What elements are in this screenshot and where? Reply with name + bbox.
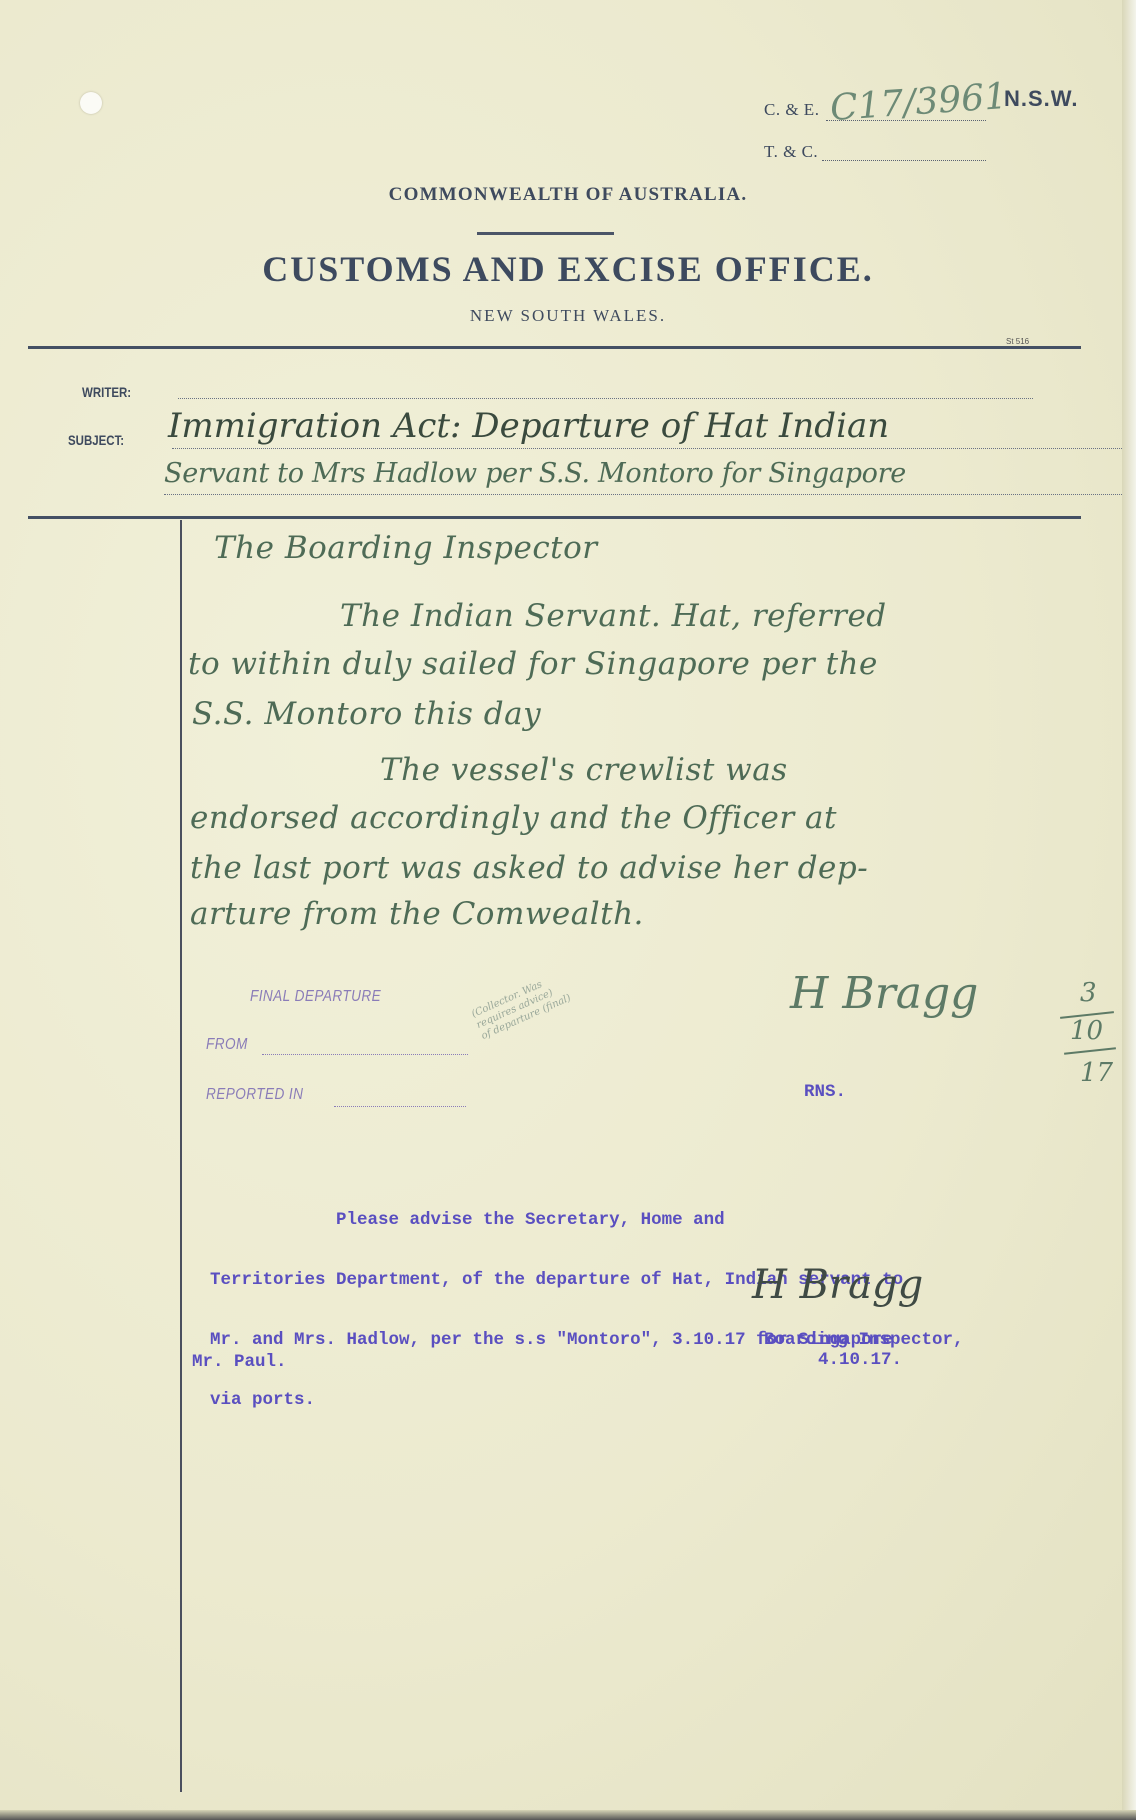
sign-title: Boarding Inspector, bbox=[764, 1330, 964, 1350]
minute-line: the last port was asked to advise her de… bbox=[190, 850, 868, 886]
stamp-from-line bbox=[262, 1054, 468, 1055]
stamp-reported-in-label: REPORTED IN bbox=[206, 1086, 303, 1104]
stamp-from-label: FROM bbox=[206, 1036, 248, 1054]
subject-text-line-2: Servant to Mrs Hadlow per S.S. Montoro f… bbox=[164, 458, 906, 489]
ce-label: C. & E. bbox=[764, 100, 819, 120]
writer-label: WRITER: bbox=[82, 384, 131, 400]
tc-label: T. & C. bbox=[764, 142, 818, 162]
stamp-final-departure: FINAL DEPARTURE bbox=[250, 988, 381, 1006]
date-fraction-bar bbox=[1064, 1047, 1116, 1054]
state-label: N.S.W. bbox=[1004, 86, 1078, 112]
document-page: C. & E. C17/3961 T. & C. N.S.W. COMMONWE… bbox=[0, 0, 1136, 1820]
letterhead-commonwealth: COMMONWEALTH OF AUSTRALIA. bbox=[0, 184, 1136, 206]
typed-line: Please advise the Secretary, Home and bbox=[210, 1210, 903, 1230]
typed-line: via ports. bbox=[210, 1390, 903, 1410]
minute-line: S.S. Montoro this day bbox=[192, 696, 541, 732]
sign-date: 4.10.17. bbox=[818, 1350, 902, 1370]
ce-reference-number: C17/3961 bbox=[829, 76, 1009, 129]
date-year: 17 bbox=[1080, 1058, 1113, 1088]
minute-signature: H Bragg bbox=[790, 968, 978, 1019]
writer-line bbox=[178, 398, 1033, 399]
subject-text-line-1: Immigration Act: Departure of Hat Indian bbox=[168, 406, 889, 446]
typed-initials: RNS. bbox=[804, 1082, 846, 1102]
minute-line: The vessel's crewlist was bbox=[380, 752, 788, 788]
stamp-reported-line bbox=[334, 1106, 466, 1107]
minute-line: endorsed accordingly and the Officer at bbox=[190, 800, 837, 836]
typed-addressee: Mr. Paul. bbox=[192, 1352, 287, 1372]
letterhead-state: NEW SOUTH WALES. bbox=[0, 306, 1136, 326]
minute-line: arture from the Comwealth. bbox=[190, 896, 644, 932]
minute-line: The Indian Servant. Hat, referred bbox=[340, 598, 887, 634]
page-edge bbox=[0, 1810, 1136, 1820]
punch-hole bbox=[80, 92, 102, 114]
form-code: St 516 bbox=[1006, 337, 1029, 346]
subject-line-2 bbox=[164, 494, 1122, 495]
pencil-annotation: (Collector. Was requires advice) of depa… bbox=[470, 971, 573, 1043]
margin-rule bbox=[180, 520, 182, 1792]
header-divider bbox=[28, 346, 1081, 349]
minute-addressee: The Boarding Inspector bbox=[214, 530, 598, 566]
subject-label: SUBJECT: bbox=[68, 432, 124, 448]
typed-signature: H Bragg bbox=[752, 1262, 923, 1308]
letterhead-rule bbox=[477, 232, 614, 235]
minute-line: to within duly sailed for Singapore per … bbox=[188, 646, 878, 682]
typed-paragraph: Please advise the Secretary, Home and Te… bbox=[210, 1170, 903, 1450]
tc-line bbox=[822, 160, 986, 161]
date-month: 10 bbox=[1070, 1016, 1103, 1046]
letterhead-office: CUSTOMS AND EXCISE OFFICE. bbox=[0, 248, 1136, 290]
date-day: 3 bbox=[1080, 978, 1097, 1008]
subject-line-1 bbox=[172, 448, 1122, 449]
subject-divider bbox=[28, 516, 1081, 519]
